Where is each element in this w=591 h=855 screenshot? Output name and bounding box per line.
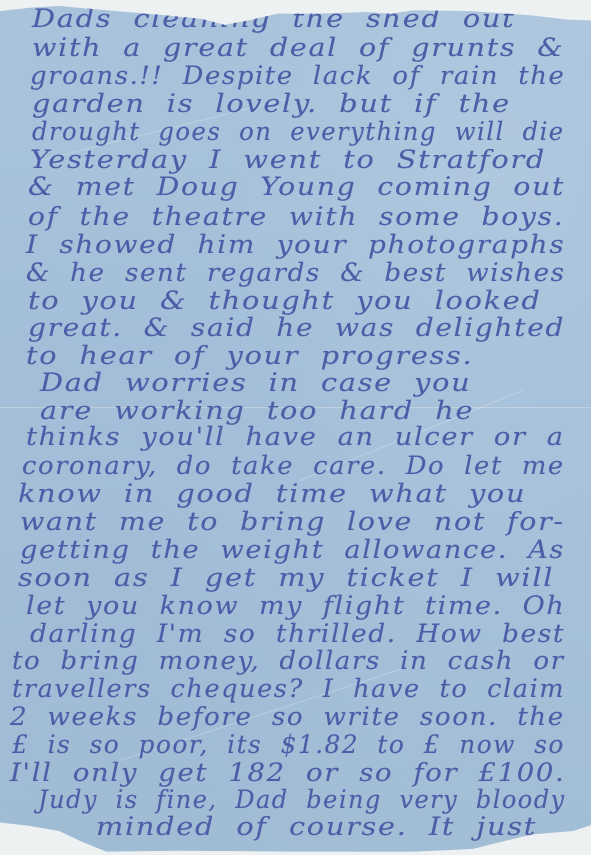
handwritten-line: thinks you'll have an ulcer or a	[26, 422, 565, 452]
handwritten-line: Dad worries in case you	[40, 368, 471, 398]
handwritten-line: garden is lovely. but if the	[32, 89, 511, 119]
handwritten-line: Yesterday I went to Stratford	[30, 145, 546, 175]
handwritten-line: 2 weeks before so write soon. the	[10, 702, 565, 732]
handwritten-line: with a great deal of grunts &	[32, 33, 564, 63]
handwritten-line: I'll only get 182 or so for £100.	[10, 758, 565, 788]
handwritten-line: great. & said he was delighted	[28, 313, 565, 343]
handwritten-line: let you know my flight time. Oh	[26, 591, 565, 621]
handwritten-line: travellers cheques? I have to claim	[12, 674, 565, 704]
handwritten-line: £ is so poor, its $1.82 to £ now so	[12, 730, 565, 760]
handwritten-line: to bring money, dollars in cash or	[12, 646, 565, 676]
handwritten-line: drought goes on everything will die	[32, 117, 565, 147]
handwritten-line: darling I'm so thrilled. How best	[30, 619, 565, 649]
handwritten-line: want me to bring love not for-	[20, 507, 565, 537]
handwritten-line: coronary, do take care. Do let me	[22, 451, 565, 481]
handwritten-line: getting the weight allowance. As	[20, 535, 565, 565]
handwritten-line: of the theatre with some boys.	[28, 202, 564, 232]
handwritten-line: to you & thought you looked	[28, 286, 542, 316]
scanned-letter: Dads cleaning the shed out with a great …	[0, 0, 591, 855]
handwritten-line: groans.!! Despite lack of rain the	[30, 61, 565, 91]
handwritten-line: to hear of your progress.	[26, 341, 473, 371]
handwritten-line: & he sent regards & best wishes	[26, 258, 566, 288]
handwritten-line: minded of course. It just	[96, 812, 537, 842]
handwritten-line: & met Doug Young coming out	[28, 172, 565, 202]
airmail-paper-sheet: Dads cleaning the shed out with a great …	[0, 0, 591, 855]
handwritten-line: Judy is fine, Dad being very bloody	[38, 785, 566, 815]
handwritten-line: know in good time what you	[18, 479, 526, 509]
handwritten-line: I showed him your photographs	[26, 230, 565, 260]
handwritten-line: soon as I get my ticket I will	[18, 563, 554, 593]
handwritten-line: Dads cleaning the shed out	[32, 4, 515, 34]
